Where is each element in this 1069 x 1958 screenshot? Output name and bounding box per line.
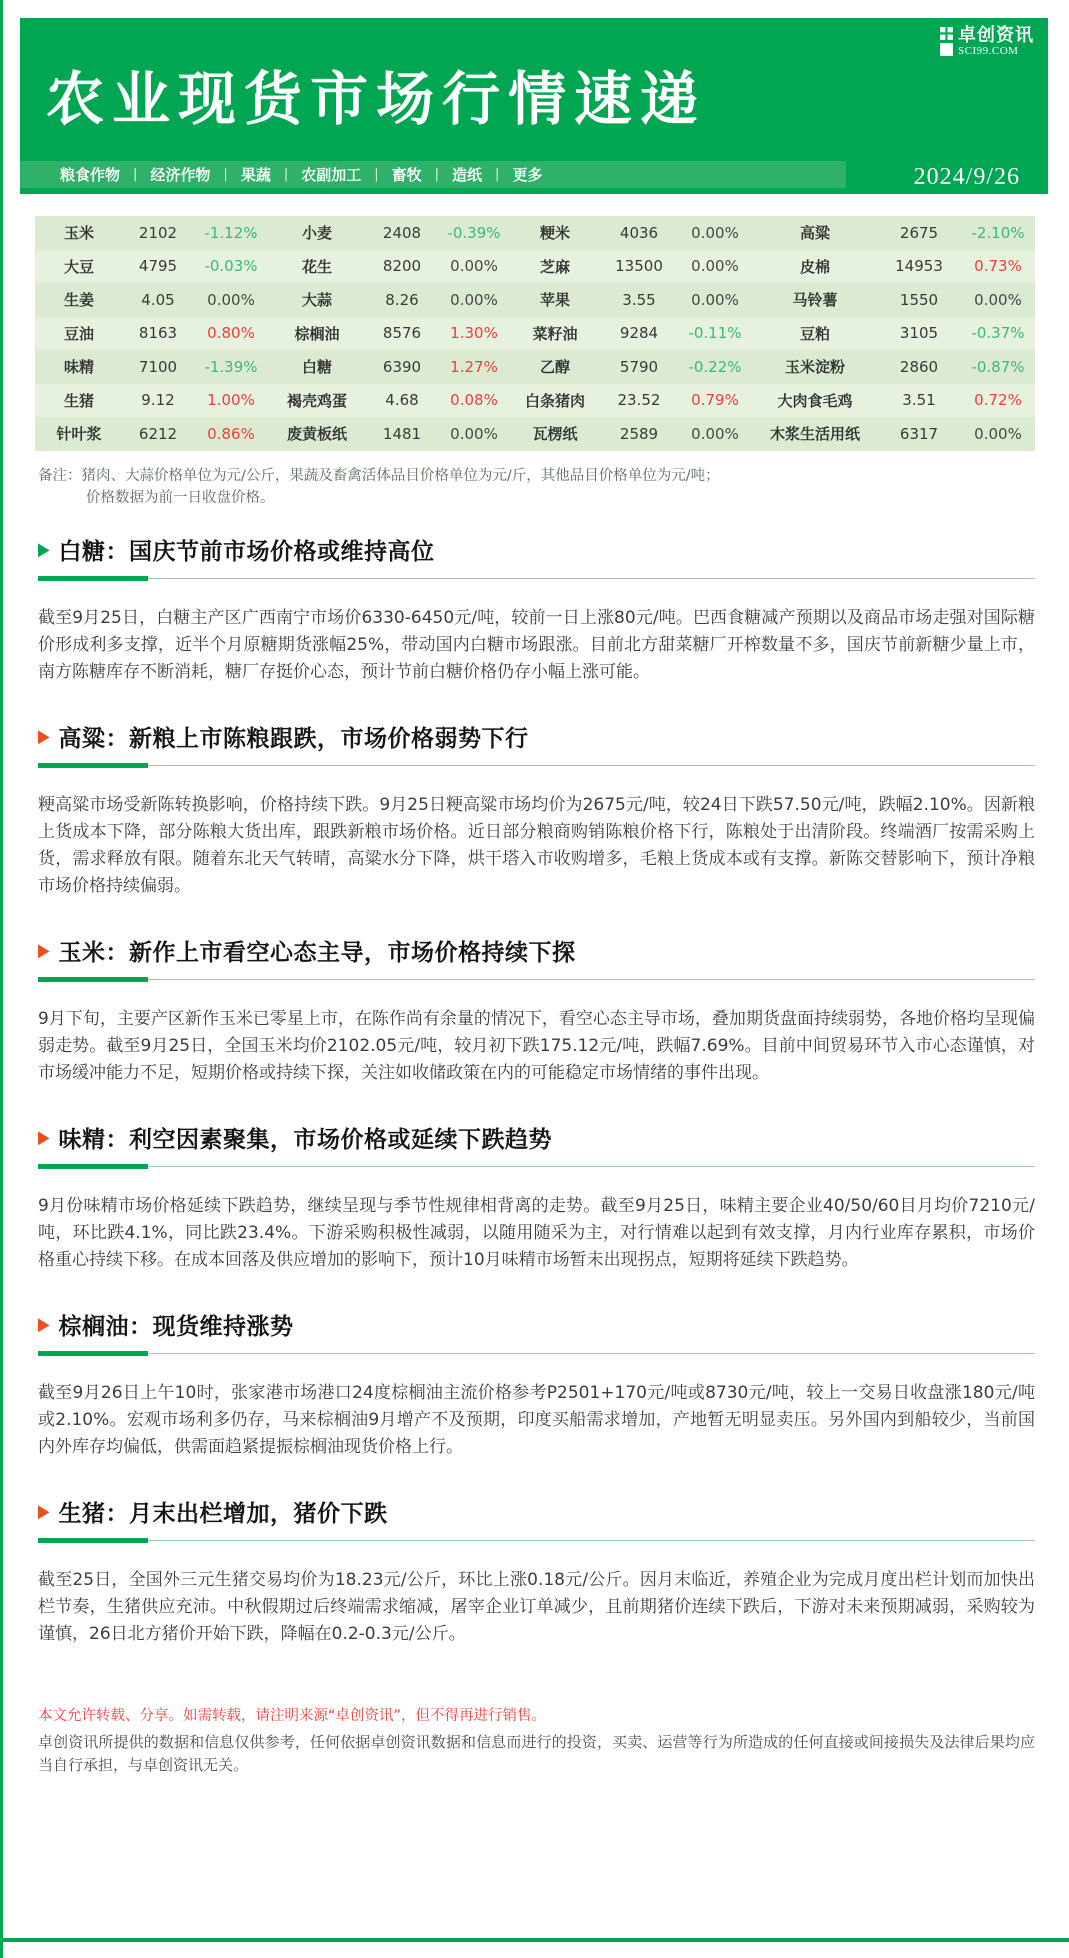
nav-bar: 粮食作物|经济作物|果蔬|农副加工|畜牧|造纸|更多 [20, 161, 846, 188]
section-divider [38, 977, 1035, 982]
table-row: 豆油81630.80%棕榈油85761.30%菜籽油9284-0.11%豆粕31… [35, 317, 1035, 351]
section-divider-accent [38, 763, 148, 768]
commodity-name: 大豆 [35, 256, 123, 277]
section-divider-accent [38, 1351, 148, 1356]
section-body: 9月下旬，主要产区新作玉米已零星上市，在陈作尚有余量的情况下，看空心态主导市场，… [38, 1006, 1035, 1087]
commodity-name: 生猪 [35, 390, 123, 411]
notes-text-1: 猪肉、大蒜价格单位为元/公斤，果蔬及畜禽活体品目价格单位为元/斤，其他品目价格单… [82, 468, 720, 484]
report-date: 2024/9/26 [914, 164, 1020, 191]
commodity-name: 针叶浆 [35, 423, 123, 444]
commodity-name: 瓦楞纸 [509, 423, 601, 444]
commodity-price: 3.55 [601, 291, 677, 309]
commodity-price: 8.26 [365, 291, 439, 309]
notes: 备注：猪肉、大蒜价格单位为元/公斤，果蔬及畜禽活体品目价格单位为元/斤，其他品目… [38, 465, 1035, 510]
nav-item-fruits-vegetables[interactable]: 果蔬 [241, 164, 271, 185]
commodity-name: 白条猪肉 [509, 390, 601, 411]
commodity-price: 2408 [365, 224, 439, 242]
nav-item-paper[interactable]: 造纸 [452, 164, 482, 185]
nav-item-agri-processing[interactable]: 农副加工 [301, 164, 361, 185]
commodity-change: -2.10% [961, 224, 1035, 242]
commodity-price: 6317 [877, 425, 961, 443]
topic-section-sugar: ▶ 白糖：国庆节前市场价格或维持高位 截至9月25日，白糖主产区广西南宁市场价6… [38, 533, 1035, 686]
section-header: ▶ 生猪：月末出栏增加，猪价下跌 [38, 1495, 1035, 1528]
commodity-price: 3.51 [877, 391, 961, 409]
commodity-change: 0.00% [677, 224, 753, 242]
price-table: 玉米2102-1.12%小麦2408-0.39%粳米40360.00%高粱267… [35, 216, 1035, 451]
section-arrow-icon: ▶ [38, 1129, 50, 1147]
section-header: ▶ 白糖：国庆节前市场价格或维持高位 [38, 533, 1035, 566]
footer: 本文允许转载、分享。如需转载，请注明来源“卓创资讯”，但不得再进行销售。 卓创资… [38, 1704, 1035, 1776]
commodity-price: 13500 [601, 257, 677, 275]
section-title: 白糖：国庆节前市场价格或维持高位 [59, 533, 435, 566]
commodity-name: 豆油 [35, 323, 123, 344]
section-divider-accent [38, 1538, 148, 1543]
commodity-change: 1.27% [439, 358, 509, 376]
commodity-price: 7100 [123, 358, 193, 376]
notes-text-2: 价格数据为前一日收盘价格。 [38, 487, 1035, 509]
commodity-price: 14953 [877, 257, 961, 275]
section-body: 截至9月25日，白糖主产区广西南宁市场价6330-6450元/吨，较前一日上涨8… [38, 605, 1035, 686]
commodity-change: -1.39% [193, 358, 269, 376]
topic-section-sorghum: ▶ 高粱：新粮上市陈粮跟跌，市场价格弱势下行 粳高粱市场受新陈转换影响，价格持续… [38, 720, 1035, 900]
section-title: 玉米：新作上市看空心态主导，市场价格持续下探 [59, 934, 576, 967]
reprint-notice: 本文允许转载、分享。如需转载，请注明来源“卓创资讯”，但不得再进行销售。 [38, 1704, 1035, 1725]
section-body: 截至25日，全国外三元生猪交易均价为18.23元/公斤，环比上涨0.18元/公斤… [38, 1567, 1035, 1648]
commodity-change: -1.12% [193, 224, 269, 242]
commodity-change: -0.22% [677, 358, 753, 376]
section-arrow-icon: ▶ [38, 541, 50, 559]
table-row: 味精7100-1.39%白糖63901.27%乙醇5790-0.22%玉米淀粉2… [35, 350, 1035, 384]
nav-separator: | [495, 167, 499, 182]
commodity-change: 0.00% [677, 291, 753, 309]
commodity-name: 玉米 [35, 222, 123, 243]
commodity-name: 豆粕 [753, 323, 877, 344]
nav-item-grain-crops[interactable]: 粮食作物 [60, 164, 120, 185]
commodity-name: 高粱 [753, 222, 877, 243]
commodity-change: 0.08% [439, 391, 509, 409]
brand-text: 卓创资讯 SCI99.COM [958, 27, 1034, 57]
commodity-price: 9284 [601, 324, 677, 342]
commodity-price: 4.68 [365, 391, 439, 409]
commodity-name: 棕榈油 [269, 323, 365, 344]
commodity-price: 5790 [601, 358, 677, 376]
commodity-price: 1550 [877, 291, 961, 309]
section-title: 棕榈油：现货维持涨势 [59, 1308, 294, 1341]
nav-separator: | [284, 167, 288, 182]
table-row: 生姜4.050.00%大蒜8.260.00%苹果3.550.00%马铃薯1550… [35, 283, 1035, 317]
section-body: 9月份味精市场价格延续下跌趋势，继续呈现与季节性规律相背离的走势。截至9月25日… [38, 1193, 1035, 1274]
commodity-name: 花生 [269, 256, 365, 277]
commodity-name: 大肉食毛鸡 [753, 390, 877, 411]
nav-separator: | [435, 167, 439, 182]
commodity-change: 0.79% [677, 391, 753, 409]
notes-line-1: 备注：猪肉、大蒜价格单位为元/公斤，果蔬及畜禽活体品目价格单位为元/斤，其他品目… [38, 465, 1035, 487]
commodity-change: 0.00% [439, 291, 509, 309]
commodity-price: 8576 [365, 324, 439, 342]
nav-item-livestock[interactable]: 畜牧 [392, 164, 422, 185]
section-divider-accent [38, 1164, 148, 1169]
nav-item-more[interactable]: 更多 [512, 164, 542, 185]
commodity-price: 8163 [123, 324, 193, 342]
commodity-price: 8200 [365, 257, 439, 275]
commodity-change: 0.00% [193, 291, 269, 309]
table-row: 针叶浆62120.86%废黄板纸14810.00%瓦楞纸25890.00%木浆生… [35, 417, 1035, 451]
section-divider [38, 1538, 1035, 1543]
commodity-name: 生姜 [35, 289, 123, 310]
brand-site: SCI99.COM [958, 46, 1034, 58]
table-row: 玉米2102-1.12%小麦2408-0.39%粳米40360.00%高粱267… [35, 216, 1035, 250]
commodity-change: 0.00% [961, 425, 1035, 443]
commodity-name: 乙醇 [509, 356, 601, 377]
commodity-change: 1.00% [193, 391, 269, 409]
commodity-change: 0.00% [439, 425, 509, 443]
table-row: 生猪9.121.00%褐壳鸡蛋4.680.08%白条猪肉23.520.79%大肉… [35, 384, 1035, 418]
page-left-accent [0, 0, 3, 1958]
section-arrow-icon: ▶ [38, 1316, 50, 1334]
commodity-price: 6212 [123, 425, 193, 443]
commodity-change: -0.87% [961, 358, 1035, 376]
commodity-price: 2589 [601, 425, 677, 443]
section-header: ▶ 味精：利空因素聚集，市场价格或延续下跌趋势 [38, 1121, 1035, 1154]
commodity-change: -0.37% [961, 324, 1035, 342]
commodity-name: 玉米淀粉 [753, 356, 877, 377]
section-divider-accent [38, 576, 148, 581]
section-body: 截至9月26日上午10时，张家港市场港口24度棕榈油主流价格参考P2501+17… [38, 1380, 1035, 1461]
topic-section-corn: ▶ 玉米：新作上市看空心态主导，市场价格持续下探 9月下旬，主要产区新作玉米已零… [38, 934, 1035, 1087]
topic-section-msg: ▶ 味精：利空因素聚集，市场价格或延续下跌趋势 9月份味精市场价格延续下跌趋势，… [38, 1121, 1035, 1274]
section-title: 高粱：新粮上市陈粮跟跌，市场价格弱势下行 [59, 720, 529, 753]
section-divider [38, 1351, 1035, 1356]
commodity-price: 6390 [365, 358, 439, 376]
section-title: 味精：利空因素聚集，市场价格或延续下跌趋势 [59, 1121, 553, 1154]
commodity-change: 0.80% [193, 324, 269, 342]
commodity-price: 2675 [877, 224, 961, 242]
commodity-name: 菜籽油 [509, 323, 601, 344]
commodity-price: 2102 [123, 224, 193, 242]
header: 卓创资讯 SCI99.COM 农业现货市场行情速递 粮食作物|经济作物|果蔬|农… [20, 18, 1048, 194]
section-divider [38, 763, 1035, 768]
section-divider [38, 1164, 1035, 1169]
commodity-price: 4036 [601, 224, 677, 242]
commodity-change: 0.86% [193, 425, 269, 443]
commodity-price: 23.52 [601, 391, 677, 409]
commodity-name: 白糖 [269, 356, 365, 377]
commodity-price: 2860 [877, 358, 961, 376]
commodity-name: 木浆生活用纸 [753, 423, 877, 444]
commodity-change: 0.72% [961, 391, 1035, 409]
commodity-price: 4.05 [123, 291, 193, 309]
commodity-name: 大蒜 [269, 289, 365, 310]
commodity-change: 0.73% [961, 257, 1035, 275]
commodity-name: 褐壳鸡蛋 [269, 390, 365, 411]
section-divider [38, 576, 1035, 581]
commodity-price: 9.12 [123, 391, 193, 409]
brand-name: 卓创资讯 [958, 27, 1034, 46]
topic-section-palm-oil: ▶ 棕榈油：现货维持涨势 截至9月26日上午10时，张家港市场港口24度棕榈油主… [38, 1308, 1035, 1461]
commodity-price: 1481 [365, 425, 439, 443]
table-row: 大豆4795-0.03%花生82000.00%芝麻135000.00%皮棉149… [35, 250, 1035, 284]
commodity-change: 0.00% [677, 425, 753, 443]
commodity-change: 1.30% [439, 324, 509, 342]
notes-label: 备注： [38, 468, 82, 484]
commodity-name: 皮棉 [753, 256, 877, 277]
commodity-name: 小麦 [269, 222, 365, 243]
commodity-name: 味精 [35, 356, 123, 377]
commodity-name: 粳米 [509, 222, 601, 243]
commodity-name: 废黄板纸 [269, 423, 365, 444]
commodity-change: 0.00% [677, 257, 753, 275]
brand-squares-icon [940, 27, 953, 56]
page-title: 农业现货市场行情速递 [46, 52, 706, 136]
topic-section-pigs: ▶ 生猪：月末出栏增加，猪价下跌 截至25日，全国外三元生猪交易均价为18.23… [38, 1495, 1035, 1648]
commodity-price: 3105 [877, 324, 961, 342]
nav-items: 粮食作物|经济作物|果蔬|农副加工|畜牧|造纸|更多 [60, 164, 542, 185]
commodity-change: 0.00% [439, 257, 509, 275]
section-header: ▶ 玉米：新作上市看空心态主导，市场价格持续下探 [38, 934, 1035, 967]
commodity-price: 4795 [123, 257, 193, 275]
section-arrow-icon: ▶ [38, 728, 50, 746]
section-header: ▶ 高粱：新粮上市陈粮跟跌，市场价格弱势下行 [38, 720, 1035, 753]
commodity-change: -0.11% [677, 324, 753, 342]
commodity-change: -0.03% [193, 257, 269, 275]
page-bottom-accent [0, 1938, 1069, 1942]
nav-item-cash-crops[interactable]: 经济作物 [150, 164, 210, 185]
disclaimer-text: 卓创资讯所提供的数据和信息仅供参考，任何依据卓创资讯数据和信息而进行的投资，买卖… [38, 1731, 1035, 1776]
commodity-name: 苹果 [509, 289, 601, 310]
nav-separator: | [133, 167, 137, 182]
commodity-name: 马铃薯 [753, 289, 877, 310]
section-arrow-icon: ▶ [38, 1503, 50, 1521]
commodity-change: -0.39% [439, 224, 509, 242]
commodity-name: 芝麻 [509, 256, 601, 277]
nav-separator: | [223, 167, 227, 182]
section-body: 粳高粱市场受新陈转换影响，价格持续下跌。9月25日粳高粱市场均价为2675元/吨… [38, 792, 1035, 900]
section-divider-accent [38, 977, 148, 982]
section-title: 生猪：月末出栏增加，猪价下跌 [59, 1495, 388, 1528]
section-arrow-icon: ▶ [38, 942, 50, 960]
section-header: ▶ 棕榈油：现货维持涨势 [38, 1308, 1035, 1341]
nav-separator: | [374, 167, 378, 182]
sections: ▶ 白糖：国庆节前市场价格或维持高位 截至9月25日，白糖主产区广西南宁市场价6… [38, 533, 1035, 1648]
brand-logo[interactable]: 卓创资讯 SCI99.COM [940, 27, 1034, 57]
commodity-change: 0.00% [961, 291, 1035, 309]
